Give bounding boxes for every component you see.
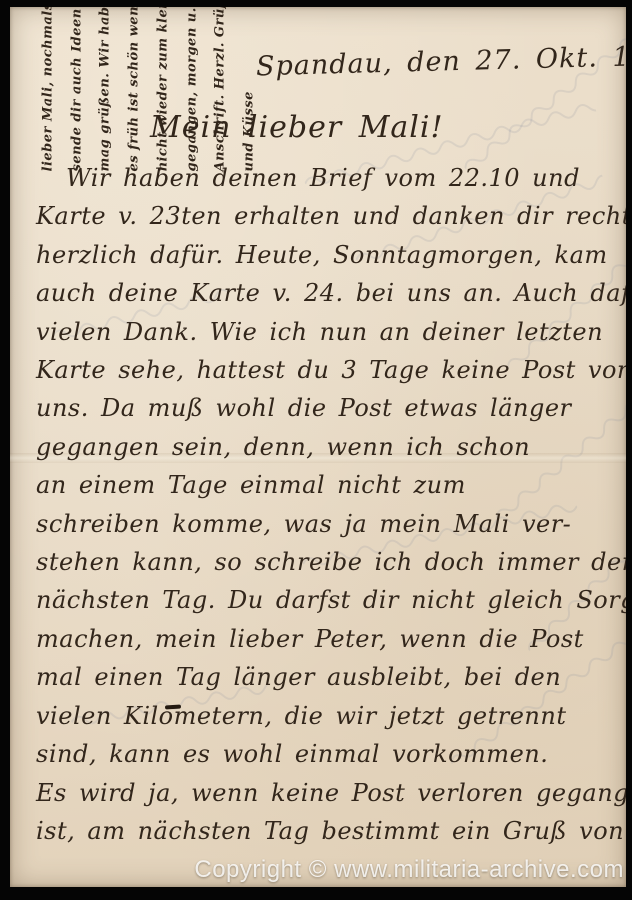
letter-line: machen, mein lieber Peter, wenn die Post bbox=[36, 620, 618, 658]
letter-line: Karte sehe, hattest du 3 Tage keine Post… bbox=[36, 351, 618, 389]
margin-note-line: nicht wieder zum kleinen bbox=[149, 7, 178, 172]
letter-line: herzlich dafür. Heute, Sonntagmorgen, ka… bbox=[36, 236, 618, 274]
letter-line: vielen Kilometern, die wir jetzt getrenn… bbox=[36, 697, 618, 735]
letter-line: Es wird ja, wenn keine Post verloren geg… bbox=[36, 774, 618, 812]
margin-note-line: gegangen, morgen u. dein bbox=[178, 7, 207, 172]
copyright-watermark: Copyright © www.militaria-archive.com bbox=[194, 856, 624, 884]
letter-line: gegangen sein, denn, wenn ich schon bbox=[36, 428, 618, 466]
letter-body: Wir haben deinen Brief vom 22.10 undKart… bbox=[36, 159, 618, 850]
margin-note-line: mag grüßen. Wir haben bbox=[92, 7, 121, 172]
letter-line: ist, am nächsten Tag bestimmt ein Gruß v… bbox=[36, 812, 618, 850]
margin-note-line: lieber Mali, nochmals bbox=[35, 7, 64, 172]
letter-line: vielen Dank. Wie ich nun an deiner letzt… bbox=[36, 313, 618, 351]
letter-paper: lieber Mali, nochmalssende dir auch Idee… bbox=[10, 7, 626, 887]
letter-line: sind, kann es wohl einmal vorkommen. bbox=[36, 735, 618, 773]
letter-line: uns. Da muß wohl die Post etwas länger bbox=[36, 389, 618, 427]
scanned-letter-photo: lieber Mali, nochmalssende dir auch Idee… bbox=[0, 0, 632, 900]
letter-line: schreiben komme, was ja mein Mali ver- bbox=[36, 505, 618, 543]
letter-line: auch deine Karte v. 24. bei uns an. Auch… bbox=[36, 274, 618, 312]
bleed-through-texture bbox=[461, 15, 626, 175]
letter-line: Wir haben deinen Brief vom 22.10 und bbox=[36, 159, 618, 197]
margin-note: lieber Mali, nochmalssende dir auch Idee… bbox=[35, 7, 265, 172]
salutation: Mein lieber Mali! bbox=[150, 110, 444, 145]
letter-line: an einem Tage einmal nicht zum bbox=[36, 466, 618, 504]
margin-note-line: Anschrift. Herzl. Grüße bbox=[207, 7, 236, 172]
letter-line: stehen kann, so schreibe ich doch immer … bbox=[36, 543, 618, 581]
margin-note-line: sende dir auch Ideen bbox=[63, 7, 92, 172]
margin-note-line: es früh ist schön wendig bbox=[121, 7, 150, 172]
letter-line: Karte v. 23ten erhalten und danken dir r… bbox=[36, 197, 618, 235]
place-date-line: Spandau, den 27. Okt. 1940 bbox=[256, 43, 587, 83]
letter-line: nächsten Tag. Du darfst dir nicht gleich… bbox=[36, 581, 618, 619]
margin-note-line: und Küsse bbox=[235, 7, 264, 172]
letter-line: mal einen Tag länger ausbleibt, bei den bbox=[36, 658, 618, 696]
